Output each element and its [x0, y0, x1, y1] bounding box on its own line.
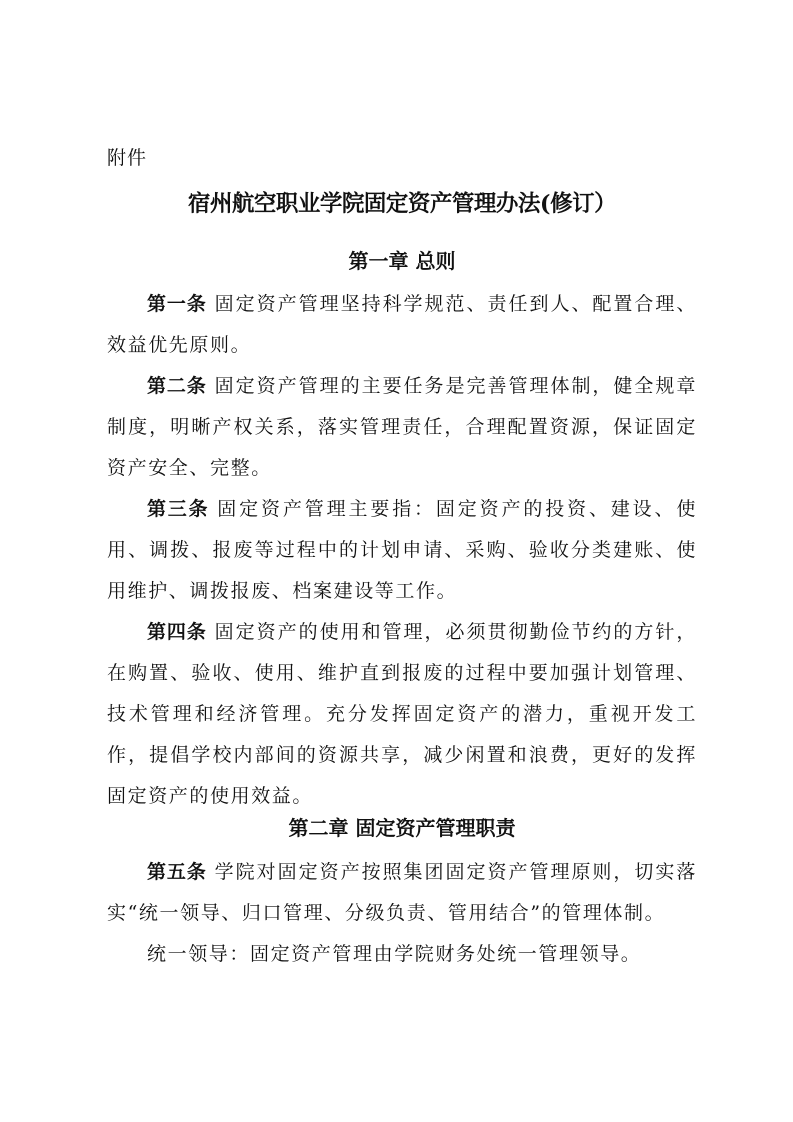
article-text: 固定资产的使用和管理，必须贯彻勤俭节约的方针，在购置、验收、使用、维护直到报废的… — [107, 621, 697, 807]
article-1: 第一条固定资产管理坚持科学规范、责任到人、配置合理、效益优先原则。 — [107, 284, 697, 366]
article-label: 第三条 — [147, 498, 209, 520]
article-label: 第一条 — [147, 293, 207, 315]
article-4: 第四条固定资产的使用和管理，必须贯彻勤俭节约的方针，在购置、验收、使用、维护直到… — [107, 612, 697, 817]
document-title: 宿州航空职业学院固定资产管理办法(修订） — [107, 186, 697, 218]
chapter-heading-2: 第二章 固定资产管理职责 — [107, 812, 697, 841]
article-2: 第二条固定资产管理的主要任务是完善管理体制，健全规章制度，明晰产权关系，落实管理… — [107, 366, 697, 489]
article-label: 第四条 — [147, 621, 207, 643]
paragraph-unified-leadership: 统一领导：固定资产管理由学院财务处统一管理领导。 — [107, 934, 697, 975]
article-label: 第二条 — [147, 375, 207, 397]
article-label: 第五条 — [147, 861, 207, 883]
annex-label: 附件 — [107, 143, 147, 170]
article-5: 第五条学院对固定资产按照集团固定资产管理原则，切实落实“统一领导、归口管理、分级… — [107, 852, 697, 934]
article-3: 第三条固定资产管理主要指：固定资产的投资、建设、使用、调拨、报废等过程中的计划申… — [107, 489, 697, 612]
chapter-heading-1: 第一章 总则 — [107, 245, 697, 274]
